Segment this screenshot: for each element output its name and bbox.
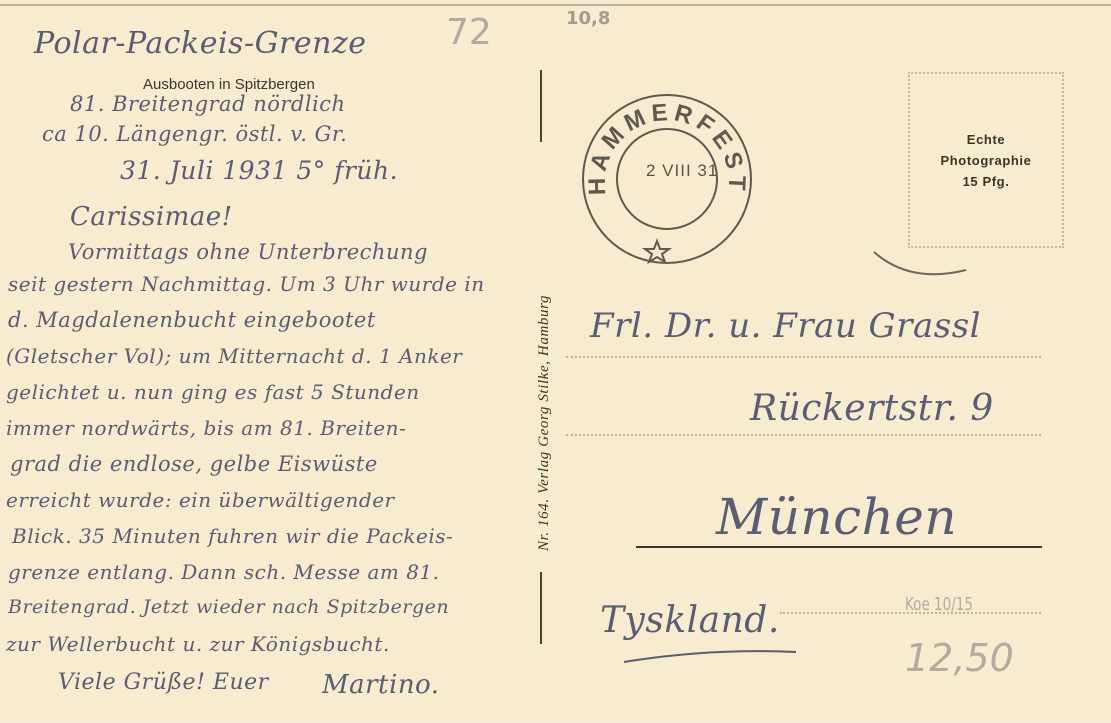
publisher-imprint: Nr. 164. Verlag Georg Stilke, Hamburg [536,295,553,551]
stamp-text-line2: Photographie [941,153,1032,168]
address-line-2 [566,434,1041,436]
message-signature: Martino. [322,670,440,700]
svg-text:HAMMERFEST: HAMMERFEST [584,99,751,196]
postmark-town: HAMMERFEST [584,99,751,196]
divider-top [540,70,542,142]
message-line: seit gestern Nachmittag. Um 3 Uhr wurde … [8,272,485,296]
message-line: ca 10. Längengr. östl. v. Gr. [42,122,347,146]
message-line: Breitengrad. Jetzt wieder nach Spitzberg… [8,596,449,618]
postcard-back: 72 10,8 Koe 10/15 12,50 Ausbooten in Spi… [0,4,1111,721]
message-line: Carissimae! [70,202,233,232]
address-name: Frl. Dr. u. Frau Grassl [590,306,981,346]
message-heading: Polar-Packeis-Grenze [34,26,367,61]
address-line-4 [780,612,1041,614]
message-line: (Gletscher Vol); um Mitternacht d. 1 Ank… [6,344,462,368]
message-line: d. Magdalenenbucht eingebootet [8,308,376,332]
message-line: Blick. 35 Minuten fuhren wir die Packeis… [12,524,453,548]
message-line: Vormittags ohne Unterbrechung [68,240,428,264]
photo-caption: Ausbooten in Spitzbergen [143,76,315,93]
message-line: grad die endlose, gelbe Eiswüste [10,452,378,476]
address-line-3 [636,546,1042,548]
postmark-date: 2 VIII 31 [646,161,718,181]
divider-bottom [540,572,542,644]
address-line-1 [566,356,1041,358]
pencil-number: 72 [446,12,492,53]
message-line: 81. Breitengrad nördlich [70,92,346,116]
message-line: 31. Juli 1931 5° früh. [120,156,398,185]
stamp-text-line3: 15 Pfg. [963,174,1010,189]
stamp-placeholder: Echte Photographie 15 Pfg. [908,72,1064,248]
pencil-top-right: 10,8 [566,8,610,29]
message-line: zur Wellerbucht u. zur Königsbucht. [6,632,390,656]
message-line: immer nordwärts, bis am 81. Breiten- [6,416,406,440]
message-line: grenze entlang. Dann sch. Messe am 81. [8,560,440,584]
address-city: München [716,488,957,546]
message-line: erreicht wurde: ein überwältigender [6,488,395,512]
country-underline [620,638,800,668]
message-closing: Viele Grüße! Euer [58,670,269,695]
message-line: gelichtet u. nun ging es fast 5 Stunden [6,380,420,404]
stamp-text-line1: Echte [967,132,1005,147]
address-country: Tyskland. [600,600,780,641]
star-icon [645,241,669,262]
address-street: Rückertstr. 9 [750,388,994,429]
pencil-price: 12,50 [905,636,1014,680]
